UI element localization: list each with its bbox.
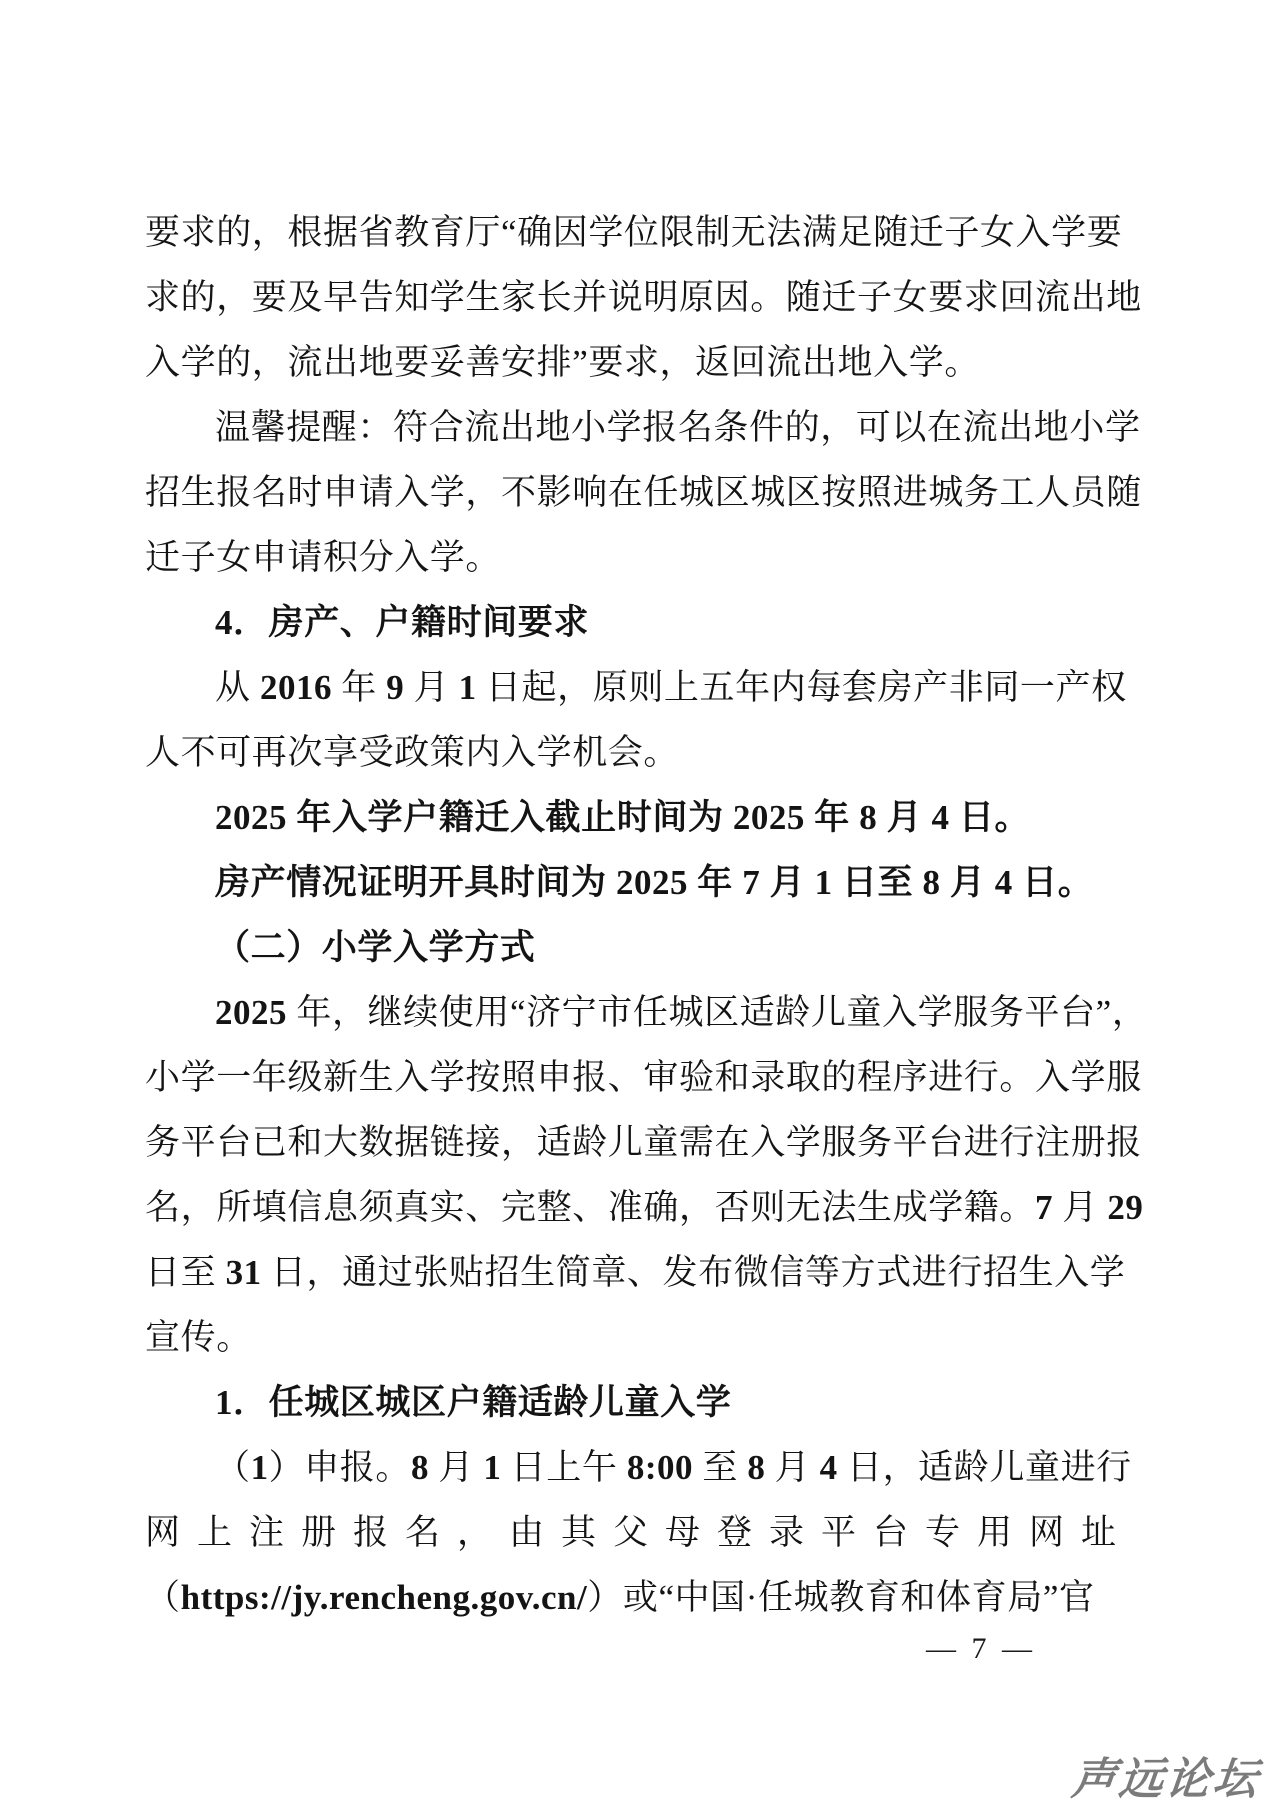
text-line: （1）申报。8 月 1 日上午 8:00 至 8 月 4 日，适龄儿童进行: [145, 1435, 1139, 1500]
text-line: 求的，要及早告知学生家长并说明原因。随迁子女要求回流出地: [145, 265, 1139, 330]
text-line: 入学的，流出地要妥善安排”要求，返回流出地入学。: [145, 330, 1139, 395]
text-line: 2025 年入学户籍迁入截止时间为 2025 年 8 月 4 日。: [145, 785, 1139, 850]
text-line: 名，所填信息须真实、完整、准确，否则无法生成学籍。7 月 29: [145, 1175, 1139, 1240]
text-line: 小学一年级新生入学按照申报、审验和录取的程序进行。入学服: [145, 1045, 1139, 1110]
text-line: 人不可再次享受政策内入学机会。: [145, 720, 1139, 785]
page-number: — 7 —: [926, 1632, 1036, 1666]
text-line: 务平台已和大数据链接，适龄儿童需在入学服务平台进行注册报: [145, 1110, 1139, 1175]
text-line: 日至 31 日，通过张贴招生简章、发布微信等方式进行招生入学: [145, 1240, 1139, 1305]
watermark-logo: 声远论坛: [1069, 1756, 1262, 1804]
document-body: 要求的，根据省教育厅“确因学位限制无法满足随迁子女入学要 求的，要及早告知学生家…: [145, 200, 1139, 1630]
text-line: 2025 年，继续使用“济宁市任城区适龄儿童入学服务平台”，: [145, 980, 1139, 1045]
text-line: （https://jy.rencheng.gov.cn/）或“中国·任城教育和体…: [145, 1565, 1139, 1630]
text-line: 网上注册报名，由其父母登录平台专用网址: [145, 1500, 1139, 1565]
text-line: 房产情况证明开具时间为 2025 年 7 月 1 日至 8 月 4 日。: [145, 850, 1139, 915]
section-heading: （二）小学入学方式: [145, 915, 1139, 980]
text-line: 要求的，根据省教育厅“确因学位限制无法满足随迁子女入学要: [145, 200, 1139, 265]
section-heading: 1．任城区城区户籍适龄儿童入学: [145, 1370, 1139, 1435]
text-line: 招生报名时申请入学，不影响在任城区城区按照进城务工人员随: [145, 460, 1139, 525]
text-line: 温馨提醒：符合流出地小学报名条件的，可以在流出地小学: [145, 395, 1139, 460]
text-line: 从 2016 年 9 月 1 日起，原则上五年内每套房产非同一产权: [145, 655, 1139, 720]
document-page: 要求的，根据省教育厅“确因学位限制无法满足随迁子女入学要 求的，要及早告知学生家…: [0, 0, 1280, 1810]
text-line: 宣传。: [145, 1305, 1139, 1370]
section-heading: 4．房产、户籍时间要求: [145, 590, 1139, 655]
text-line: 迁子女申请积分入学。: [145, 525, 1139, 590]
